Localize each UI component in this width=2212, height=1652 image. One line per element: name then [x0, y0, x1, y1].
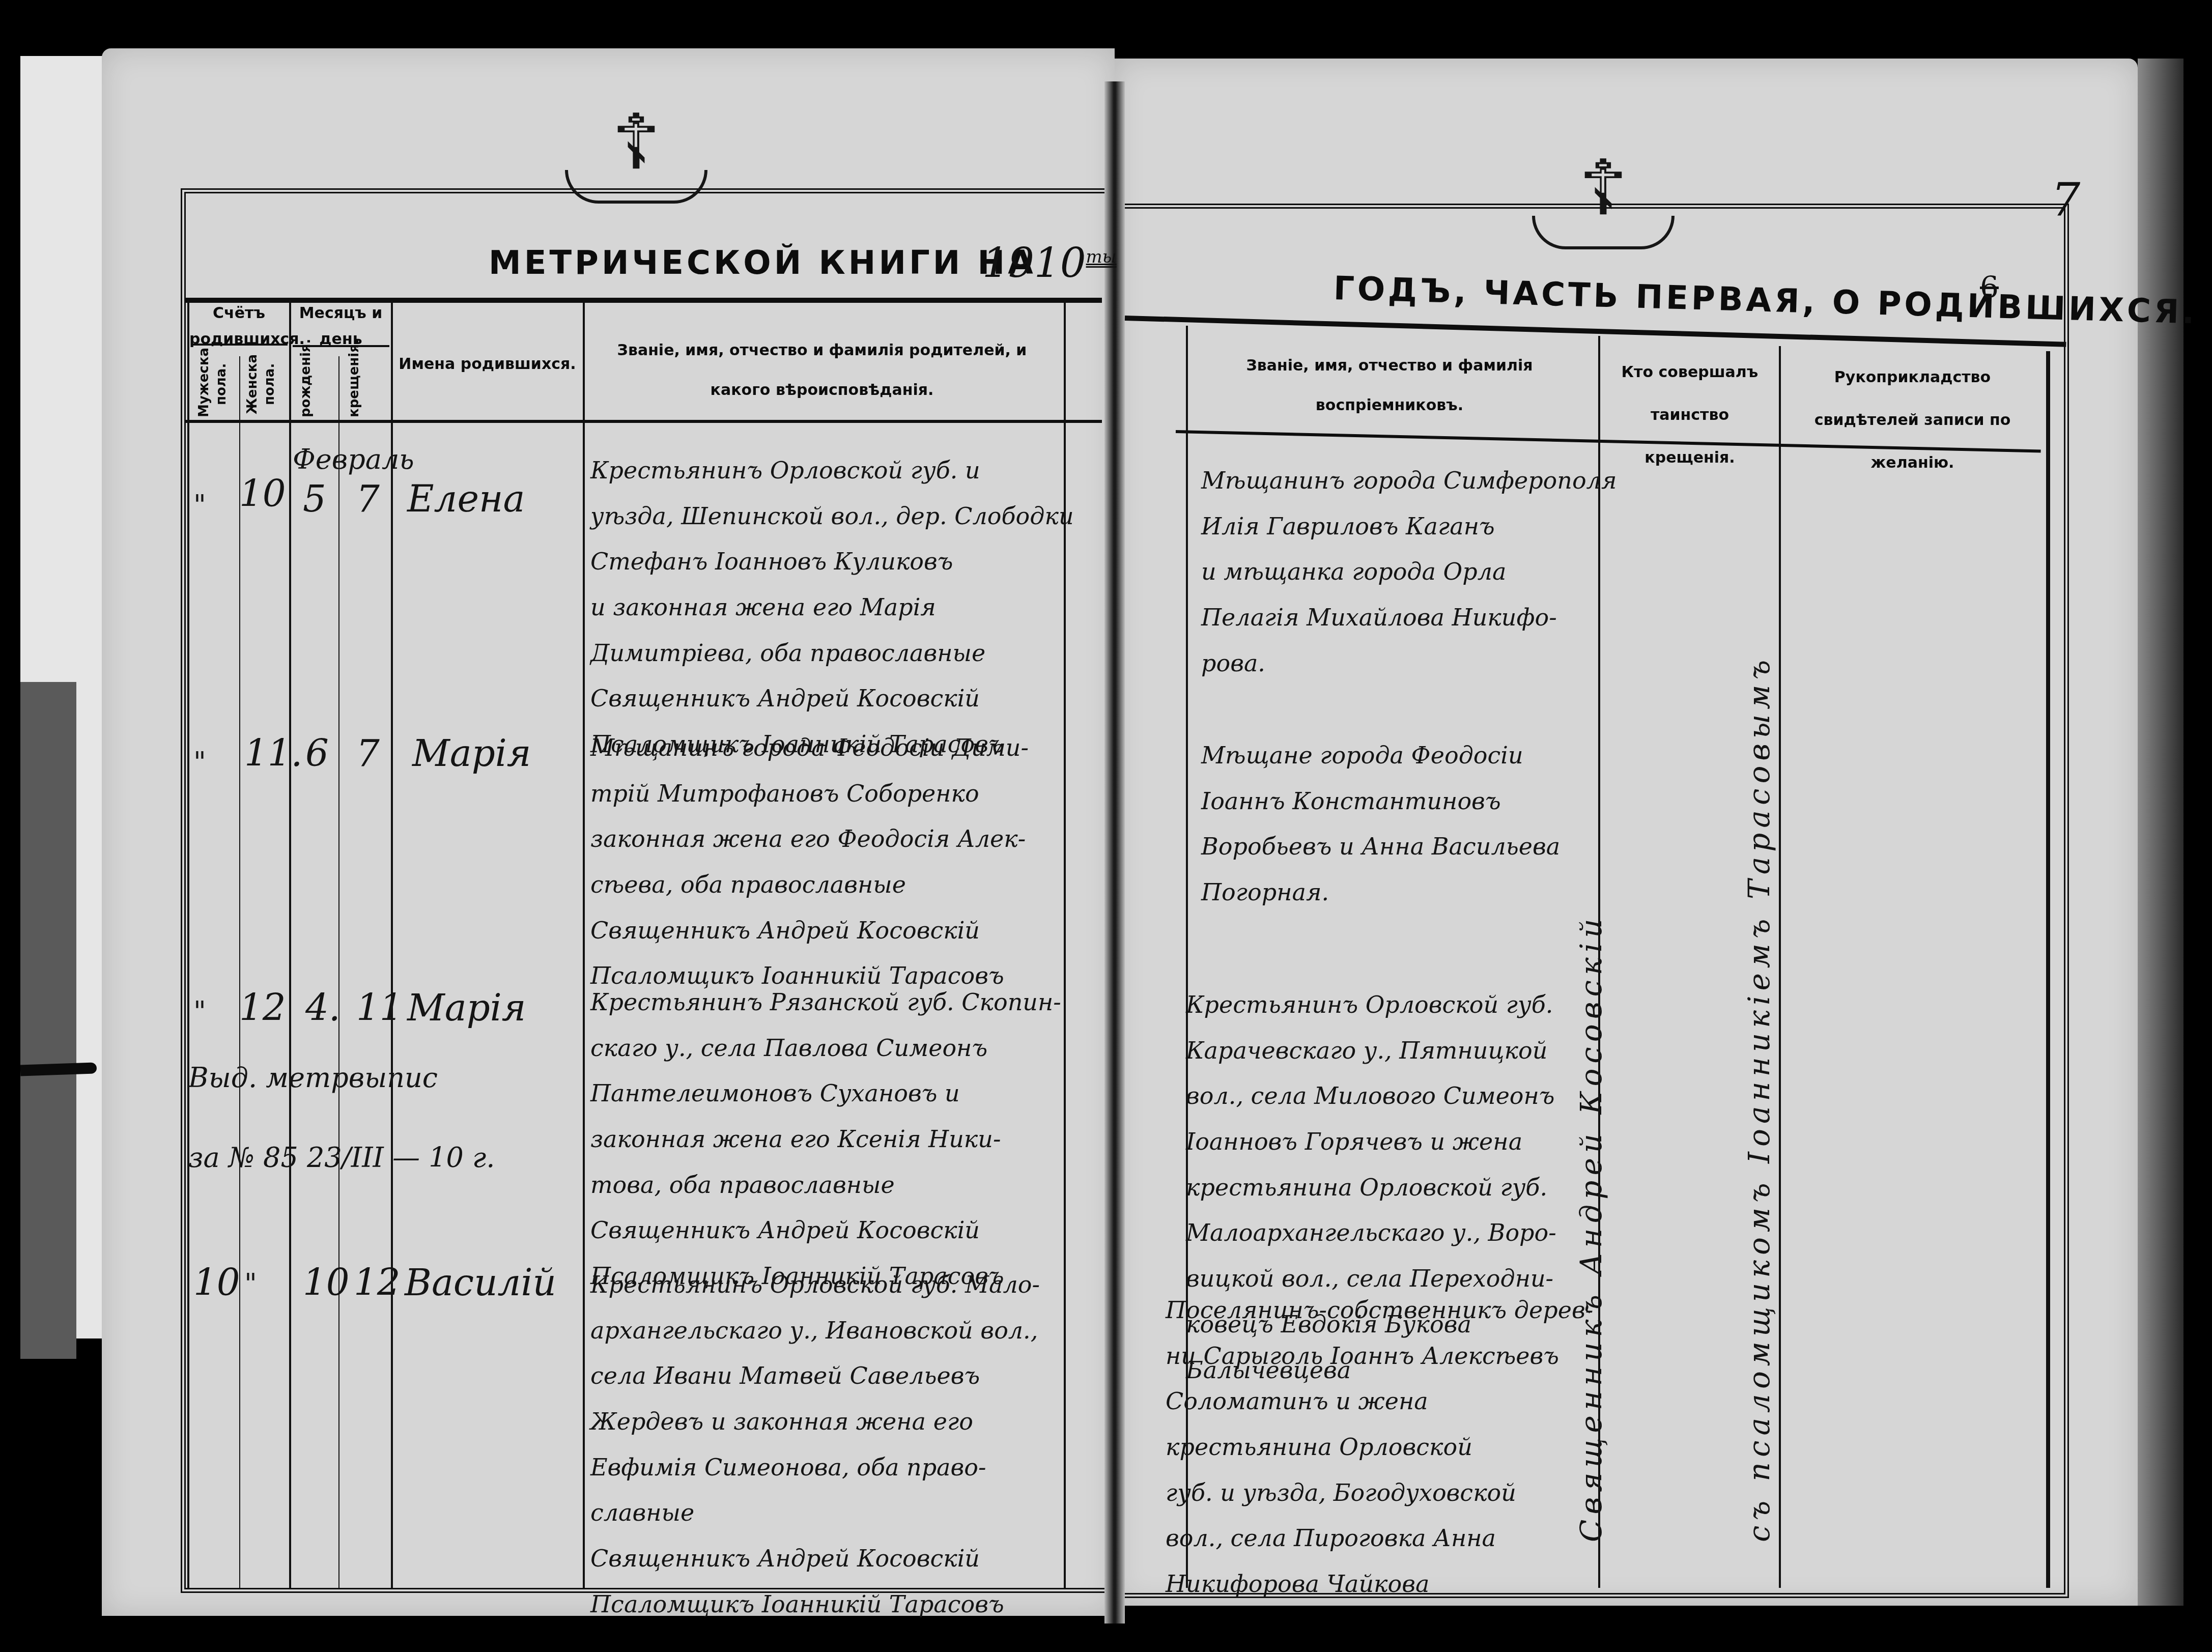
entry-1-birth-day: 5 — [303, 463, 326, 534]
header-count-male: Мужеска пола. — [196, 351, 232, 417]
entry-3-name: Марія — [407, 972, 526, 1043]
entry-3-baptism-day: 11 — [356, 972, 403, 1043]
entry-1-godparents: Мѣщанинъ города Симферополя Илія Гаврило… — [1201, 458, 1617, 686]
entry-1-baptism-day: 7 — [356, 463, 380, 534]
entry-4-godparents: Поселянинъ-собственникъ дерев- ни Сарыго… — [1166, 1288, 1593, 1607]
entry-2-godparents: Мѣщане города Феодосіи Іоаннъ Константин… — [1201, 733, 1560, 916]
entry-2-female-count: 11. — [244, 718, 303, 789]
entry-1-female-count: 10 — [239, 458, 286, 529]
emblem-ribbon — [1532, 216, 1675, 249]
header-parents: Званіе, имя, отчество и фамилія родителе… — [585, 331, 1059, 410]
entry-3-female-count: 12 — [239, 972, 286, 1043]
header-godparents: Званіе, имя, отчество и фамилія воспріем… — [1191, 346, 1588, 425]
header-count-group: Счётъ родившихся. — [189, 300, 289, 352]
entry-1-male-count: " — [193, 478, 206, 532]
entry-3-male-count: " — [193, 985, 206, 1038]
page-edge — [2138, 59, 2183, 1606]
entry-2-name: Марія — [412, 718, 531, 789]
double-headed-eagle-icon: ☦ — [1522, 122, 1685, 254]
entry-4-name: Василій — [405, 1247, 556, 1318]
entry-4-parents: Крестьянинъ Орловской губ. Мало- арханге… — [590, 1262, 1040, 1628]
column-divider — [2046, 351, 2050, 1588]
entry-4-female-count: " — [244, 1257, 257, 1311]
header-date-baptism: крещенія. — [346, 351, 382, 417]
column-divider — [391, 300, 393, 1588]
double-headed-eagle-icon: ☦ — [555, 76, 718, 209]
entry-1-parents: Крестьянинъ Орловской губ. и уѣзда, Шепи… — [590, 448, 1074, 767]
entry-4-male-count: 10 — [193, 1247, 240, 1318]
crossed-out-number: 6 — [1980, 270, 1999, 304]
header-names: Имена родившихся. — [394, 351, 580, 377]
header-count-female: Женска пола. — [244, 351, 280, 417]
entry-3-birth-day: 4. — [305, 972, 341, 1043]
handwritten-year: 1910ты — [982, 239, 1117, 287]
entry-2-birth-day: 6 — [305, 718, 329, 789]
column-divider — [187, 300, 189, 1588]
header-date-birth: рожденія. — [298, 351, 333, 417]
entry-2-male-count: " — [193, 735, 206, 789]
header-signatures: Рукоприкладство свидѣтелей записи по жел… — [1781, 356, 2044, 485]
book-gutter — [1104, 81, 1125, 1623]
column-divider — [583, 300, 585, 1588]
officiant-psalmist: съ псаломщикомъ Іоанникіемъ Тарасовымъ — [1731, 443, 1788, 1542]
emblem-ribbon — [565, 170, 707, 204]
entry-3-parents: Крестьянинъ Рязанской губ. Скопин- скаго… — [590, 980, 1061, 1299]
entry-1-name: Елена — [407, 463, 525, 534]
entry-4-birth-day: 10 — [303, 1247, 350, 1318]
column-divider — [289, 300, 291, 1588]
page-title-left: МЕТРИЧЕСКОЙ КНИГИ НА — [489, 244, 1036, 282]
officiant-priest: Священникъ Андрей Косовскій — [1563, 448, 1620, 1542]
entry-3-margin-note: Выд. метрвыпис за № 85 23/III — 10 г. — [188, 1038, 495, 1198]
entry-2-baptism-day: 7 — [356, 718, 380, 789]
backing-board — [20, 682, 76, 1359]
entry-2-parents: Мѣщанинъ города Феодосіи Дими- трій Митр… — [590, 725, 1029, 999]
folio-number: 7 — [2051, 173, 2080, 226]
entry-4-baptism-day: 12 — [354, 1247, 401, 1318]
header-bottom-rule — [186, 420, 1102, 423]
